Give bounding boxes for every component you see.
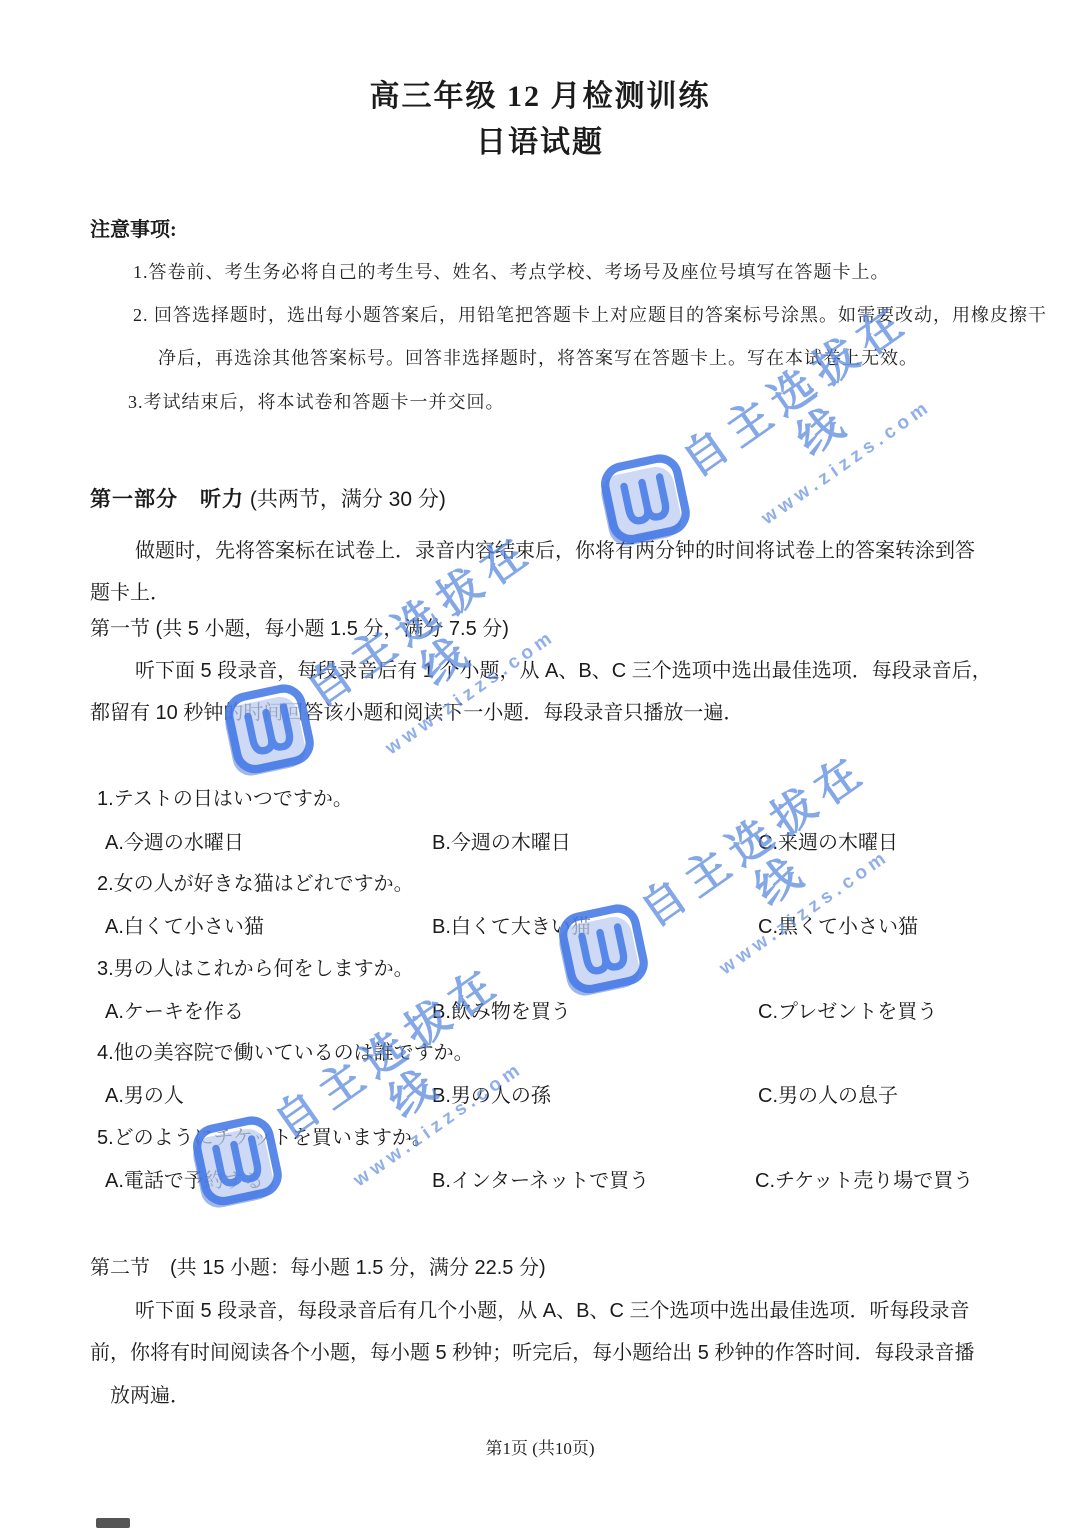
section1-heading: 第一节 (共 5 小题，每小题 1.5 分，满分 7.5 分)	[90, 617, 509, 642]
question-3-option-a: A.ケーキを作る	[105, 1000, 244, 1025]
zizzs-logo-icon	[213, 676, 322, 785]
question-3-text: 3.男の人はこれから何をしますか。	[97, 957, 414, 982]
section2-intro-line2: 前，你将有时间阅读各个小题，每小题 5 秒钟；听完后，每小题给出 5 秒钟的作答…	[90, 1341, 974, 1366]
question-2-option-a: A.白くて小さい猫	[105, 915, 264, 940]
part1-intro-line2: 题卡上．	[90, 581, 170, 606]
question-1-option-a: A.今週の水曜日	[105, 831, 244, 856]
zizzs-logo-icon	[181, 1108, 290, 1217]
notices-heading: 注意事项:	[90, 218, 177, 243]
part1-intro-line1: 做题时，先将答案标在试卷上．录音内容结束后，你将有两分钟的时间将试卷上的答案转涂…	[135, 539, 975, 564]
question-4-option-b: B.男の人の孫	[432, 1084, 551, 1109]
part1-heading-title: 第一部分 听力	[90, 488, 244, 511]
section1-intro-line1: 听下面 5 段录音，每段录音后有 1 个小题，从 A、B、C 三个选项中选出最佳…	[135, 659, 992, 684]
question-5-option-a: A.電話で予約する	[105, 1169, 264, 1194]
watermark-brand-text: 自主选拔在线	[618, 735, 919, 986]
watermark-brand-text: 自主选拔在线	[252, 947, 553, 1198]
notice-item-3: 3.考试结束后，将本试卷和答题卡一并交回。	[128, 391, 505, 414]
section1-intro-line2: 都留有 10 秒钟的时间回答该小题和阅读下一小题．每段录音只播放一遍．	[90, 701, 743, 726]
question-3-option-b: B.飲み物を買う	[432, 1000, 571, 1025]
page-number: 第1页 (共10页)	[0, 1438, 1080, 1459]
zizzs-logo-icon	[547, 896, 656, 1005]
question-2-option-b: B.白くて大きい猫	[432, 915, 591, 940]
part1-heading: 第一部分 听力 (共两节，满分 30 分)	[90, 487, 446, 513]
question-4-option-c: C.男の人の息子	[758, 1084, 898, 1109]
page-title-line1: 高三年级 12 月检测训练	[0, 78, 1080, 116]
section2-intro-line3: 放两遍．	[110, 1384, 190, 1409]
notice-item-1: 1.答卷前、考生务必将自己的考生号、姓名、考点学校、考场号及座位号填写在答题卡上…	[133, 261, 890, 284]
page-title-line2: 日语试题	[0, 124, 1080, 162]
question-2-option-c: C.黒くて小さい猫	[758, 915, 918, 940]
part1-heading-meta: (共两节，满分 30 分)	[250, 488, 446, 511]
question-5-option-b: B.インターネットで買う	[432, 1169, 649, 1194]
question-5-option-c: C.チケット売り場で買う	[755, 1169, 973, 1194]
watermark: 自主选拔在线 www.zizzs.com	[598, 360, 938, 610]
question-2-text: 2.女の人が好きな猫はどれですか。	[97, 872, 414, 897]
section2-intro-line1: 听下面 5 段录音，每段录音后有几个小题，从 A、B、C 三个选项中选出最佳选项…	[135, 1299, 969, 1324]
exam-paper-page: 高三年级 12 月检测训练 日语试题 注意事项: 1.答卷前、考生务必将自己的考…	[0, 0, 1080, 1528]
notice-item-2-line2: 净后，再选涂其他答案标号。回答非选择题时，将答案写在答题卡上。写在本试卷上无效。	[158, 347, 918, 370]
question-3-option-c: C.プレゼントを買う	[758, 1000, 937, 1025]
question-4-option-a: A.男の人	[105, 1084, 184, 1109]
question-5-text: 5.どのようにチケットを買いますか。	[97, 1126, 432, 1151]
next-page-edge-mark	[96, 1518, 130, 1528]
question-1-text: 1.テストの日はいつですか。	[97, 787, 353, 812]
notice-item-2-line1: 2. 回答选择题时，选出每小题答案后，用铅笔把答题卡上对应题目的答案标号涂黑。如…	[133, 304, 1047, 327]
question-1-option-c: C.来週の木曜日	[758, 831, 898, 856]
question-4-text: 4.他の美容院で働いているのは誰ですか。	[97, 1041, 474, 1066]
watermark-url-text: www.zizzs.com	[718, 368, 976, 558]
question-1-option-b: B.今週の木曜日	[432, 831, 571, 856]
section2-heading: 第二节 (共 15 小题：每小题 1.5 分，满分 22.5 分)	[90, 1256, 546, 1281]
